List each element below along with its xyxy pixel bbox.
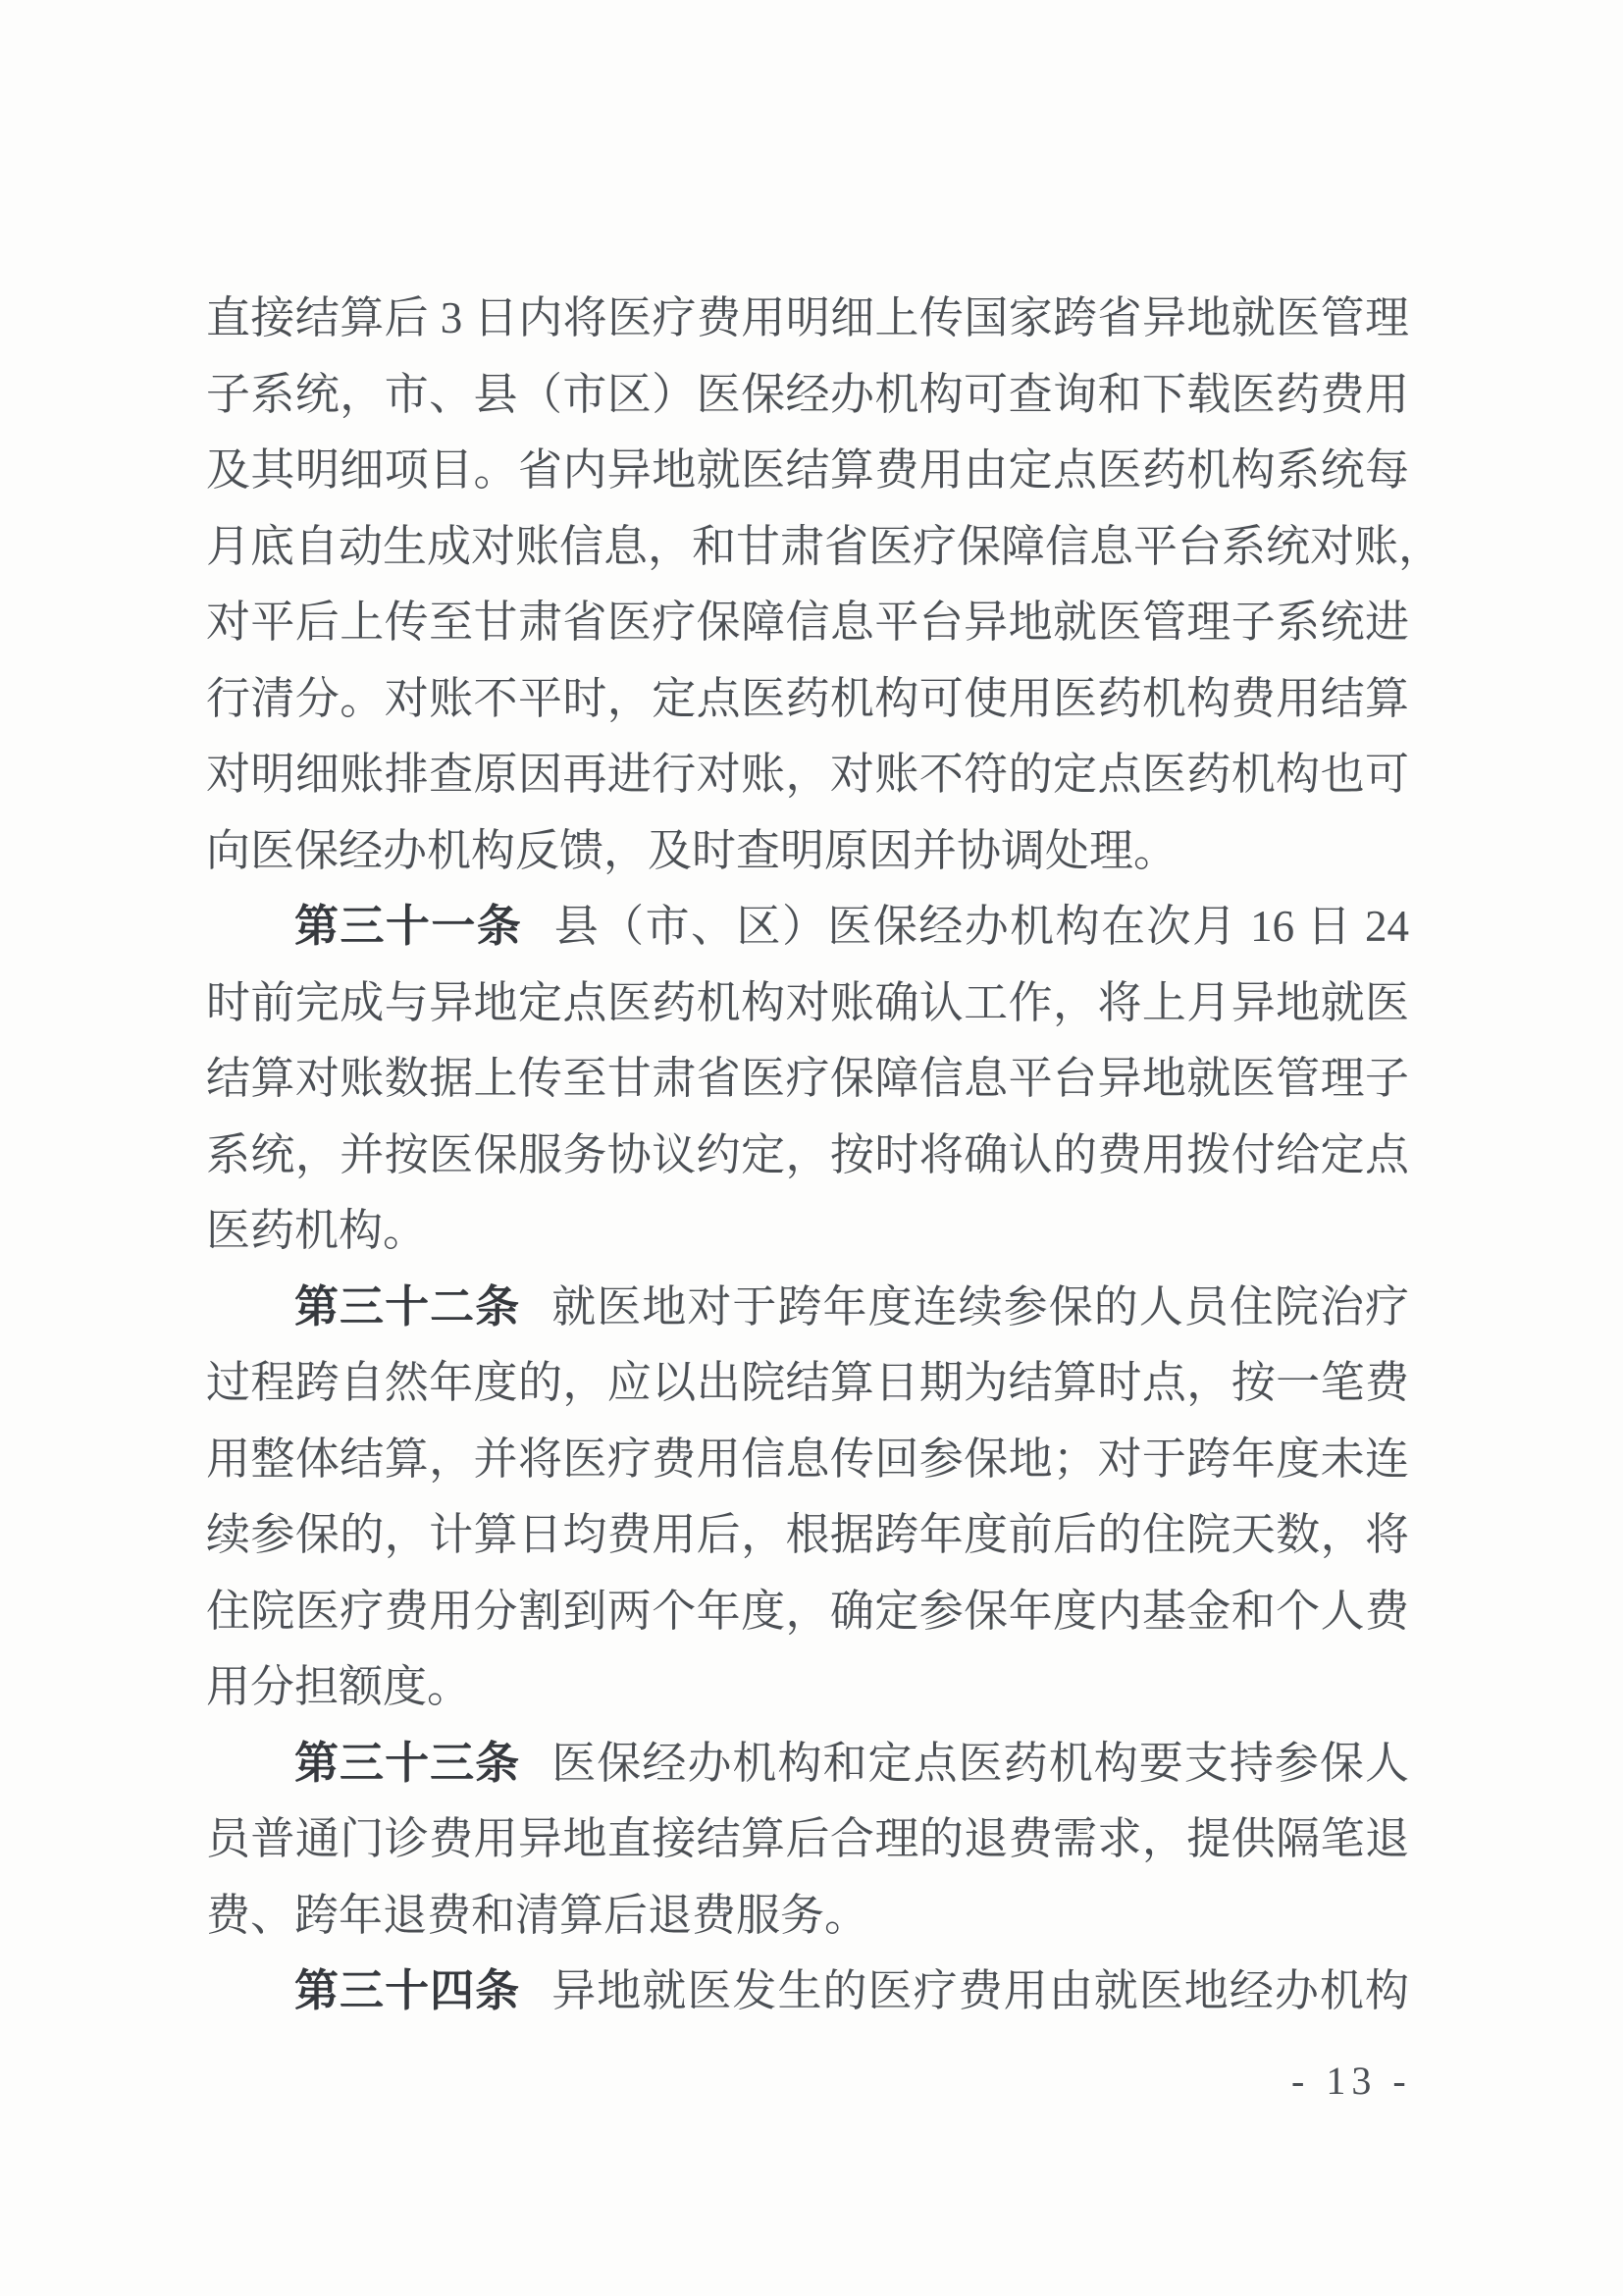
document-line: 对明细账排查原因再进行对账，对账不符的定点医药机构也可	[206, 737, 1409, 813]
document-line: 月底自动生成对账信息，和甘肃省医疗保障信息平台系统对账，	[206, 509, 1409, 586]
document-line: 第三十四条异地就医发生的医疗费用由就医地经办机构	[206, 1954, 1409, 2030]
document-line: 过程跨自然年度的，应以出院结算日期为结算时点，按一笔费	[206, 1345, 1409, 1422]
document-line: 费、跨年退费和清算后退费服务。	[206, 1878, 1409, 1955]
document-line: 用整体结算，并将医疗费用信息传回参保地；对于跨年度未连	[206, 1422, 1409, 1498]
document-line: 第三十三条医保经办机构和定点医药机构要支持参保人	[206, 1726, 1409, 1802]
article-number-heading: 第三十二条	[294, 1282, 520, 1331]
article-number-heading: 第三十一条	[294, 902, 522, 951]
article-number-heading: 第三十三条	[294, 1739, 520, 1788]
document-line: 第三十一条县（市、区）医保经办机构在次月 16 日 24	[206, 889, 1409, 965]
document-line: 对平后上传至甘肃省医疗保障信息平台异地就医管理子系统进	[206, 585, 1409, 661]
document-line: 时前完成与异地定点医药机构对账确认工作，将上月异地就医	[206, 965, 1409, 1042]
document-line: 员普通门诊费用异地直接结算后合理的退费需求，提供隔笔退	[206, 1801, 1409, 1878]
document-body: 直接结算后 3 日内将医疗费用明细上传国家跨省异地就医管理子系统，市、县（市区）…	[206, 281, 1409, 2030]
document-line: 直接结算后 3 日内将医疗费用明细上传国家跨省异地就医管理	[206, 281, 1409, 357]
document-line: 系统，并按医保服务协议约定，按时将确认的费用拨付给定点	[206, 1118, 1409, 1194]
page-number: - 13 -	[1291, 2058, 1412, 2104]
document-line: 第三十二条就医地对于跨年度连续参保的人员住院治疗	[206, 1270, 1409, 1346]
document-line: 行清分。对账不平时，定点医药机构可使用医药机构费用结算	[206, 661, 1409, 738]
document-line: 及其明细项目。省内异地就医结算费用由定点医药机构系统每	[206, 433, 1409, 509]
document-line: 医药机构。	[206, 1193, 1409, 1270]
document-line: 向医保经办机构反馈，及时查明原因并协调处理。	[206, 813, 1409, 890]
document-line: 子系统，市、县（市区）医保经办机构可查询和下载医药费用	[206, 357, 1409, 434]
document-line: 用分担额度。	[206, 1649, 1409, 1726]
document-page: 直接结算后 3 日内将医疗费用明细上传国家跨省异地就医管理子系统，市、县（市区）…	[0, 0, 1623, 2296]
line-text: 县（市、区）医保经办机构在次月 16 日 24	[552, 902, 1409, 951]
article-number-heading: 第三十四条	[294, 1966, 520, 2015]
document-line: 结算对账数据上传至甘肃省医疗保障信息平台异地就医管理子	[206, 1041, 1409, 1118]
line-text: 医保经办机构和定点医药机构要支持参保人	[550, 1739, 1409, 1788]
line-text: 异地就医发生的医疗费用由就医地经办机构	[550, 1966, 1409, 2015]
line-text: 就医地对于跨年度连续参保的人员住院治疗	[550, 1282, 1409, 1331]
document-line: 续参保的，计算日均费用后，根据跨年度前后的住院天数，将	[206, 1497, 1409, 1574]
document-line: 住院医疗费用分割到两个年度，确定参保年度内基金和个人费	[206, 1574, 1409, 1650]
